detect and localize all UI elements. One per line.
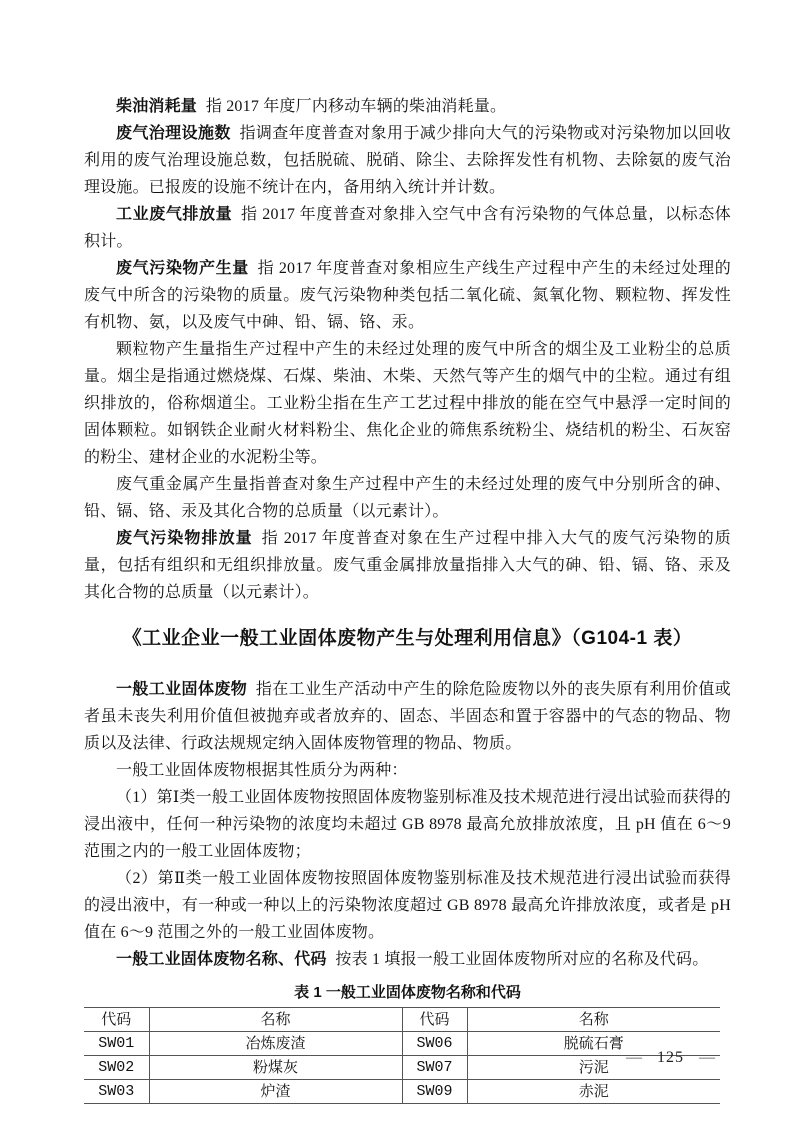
page-content: 柴油消耗量指 2017 年度厂内移动车辆的柴油消耗量。 废气治理设施数指调查年度… (0, 0, 800, 1104)
footer-left-dash: — (626, 1049, 642, 1067)
definition-body: 颗粒物产生量指生产过程中产生的未经过处理的废气中所含的烟尘及工业粉尘的总质量。烟… (84, 341, 731, 466)
definition-paragraph: 一般工业固体废物根据其性质分为两种： (84, 757, 731, 784)
definition-paragraph: 废气污染物产生量指 2017 年度普查对象相应生产线生产过程中产生的未经过处理的… (84, 255, 731, 336)
definition-body: 一般工业固体废物根据其性质分为两种： (116, 762, 408, 779)
definition-paragraph: 废气治理设施数指调查年度普查对象用于减少排向大气的污染物或对污染物加以回收利用的… (84, 120, 731, 201)
definition-paragraph: （1）第Ⅰ类一般工业固体废物按照固体废物鉴别标准及技术规范进行浸出试验而获得的浸… (84, 784, 731, 865)
waste-name-cell: 粉煤灰 (149, 1056, 402, 1080)
waste-code-cell: SW07 (402, 1056, 467, 1080)
waste-code-cell: SW01 (84, 1032, 149, 1056)
definition-body: 按表 1 填报一般工业固体废物所对应的名称及代码。 (335, 951, 708, 968)
definition-term: 废气污染物产生量 (116, 260, 249, 277)
definition-term: 废气治理设施数 (116, 125, 231, 142)
page-footer: — 125 — (626, 1049, 715, 1067)
definition-paragraph: 工业废气排放量指 2017 年度普查对象排入空气中含有污染物的气体总量，以标态体… (84, 201, 731, 255)
table-row: SW02 粉煤灰 SW07 污泥 (84, 1056, 720, 1080)
solid-waste-code-table: 代码 名称 代码 名称 SW01 冶炼废渣 SW06 脱硫石膏 SW02 粉煤灰… (84, 1007, 720, 1104)
definition-body: 指 2017 年度厂内移动车辆的柴油消耗量。 (206, 98, 506, 115)
waste-code-cell: SW09 (402, 1080, 467, 1104)
definition-paragraph: 一般工业固体废物指在工业生产活动中产生的除危险废物以外的丧失原有利用价值或者虽未… (84, 676, 731, 757)
document-page: 柴油消耗量指 2017 年度厂内移动车辆的柴油消耗量。 废气治理设施数指调查年度… (0, 0, 800, 1131)
table-header-name: 名称 (467, 1008, 720, 1032)
definition-paragraph: 一般工业固体废物名称、代码按表 1 填报一般工业固体废物所对应的名称及代码。 (84, 946, 731, 973)
definition-paragraph: 废气重金属产生量指普查对象生产过程中产生的未经过处理的废气中分别所含的砷、铅、镉… (84, 471, 731, 525)
table-title: 表 1 一般工业固体废物名称和代码 (84, 981, 731, 1002)
table-header-row: 代码 名称 代码 名称 (84, 1008, 720, 1032)
definition-body: （1）第Ⅰ类一般工业固体废物按照固体废物鉴别标准及技术规范进行浸出试验而获得的浸… (84, 789, 731, 860)
definition-paragraph: 废气污染物排放量指 2017 年度普查对象在生产过程中排入大气的废气污染物的质量… (84, 525, 731, 606)
definition-body: （2）第Ⅱ类一般工业固体废物按照固体废物鉴别标准及技术规范进行浸出试验而获得的浸… (84, 870, 731, 941)
definition-term: 一般工业固体废物 (116, 681, 247, 698)
waste-name-cell: 炉渣 (149, 1080, 402, 1104)
waste-code-cell: SW02 (84, 1056, 149, 1080)
definition-term: 一般工业固体废物名称、代码 (116, 951, 327, 968)
table-row: SW01 冶炼废渣 SW06 脱硫石膏 (84, 1032, 720, 1056)
definition-paragraph: 颗粒物产生量指生产过程中产生的未经过处理的废气中所含的烟尘及工业粉尘的总质量。烟… (84, 336, 731, 471)
page-number: 125 (657, 1049, 684, 1067)
waste-code-cell: SW06 (402, 1032, 467, 1056)
table-header-code: 代码 (402, 1008, 467, 1032)
waste-name-cell: 赤泥 (467, 1080, 720, 1104)
definition-term: 柴油消耗量 (116, 98, 197, 115)
table-row: SW03 炉渣 SW09 赤泥 (84, 1080, 720, 1104)
table-header-name: 名称 (149, 1008, 402, 1032)
table-header-code: 代码 (84, 1008, 149, 1032)
waste-code-cell: SW03 (84, 1080, 149, 1104)
definition-term: 废气污染物排放量 (116, 530, 253, 547)
definition-paragraph: （2）第Ⅱ类一般工业固体废物按照固体废物鉴别标准及技术规范进行浸出试验而获得的浸… (84, 865, 731, 946)
definition-body: 废气重金属产生量指普查对象生产过程中产生的未经过处理的废气中分别所含的砷、铅、镉… (84, 476, 731, 520)
section-heading: 《工业企业一般工业固体废物产生与处理利用信息》（G104-1 表） (84, 624, 731, 654)
footer-right-dash: — (699, 1049, 715, 1067)
definition-term: 工业废气排放量 (116, 206, 232, 223)
definition-paragraph: 柴油消耗量指 2017 年度厂内移动车辆的柴油消耗量。 (84, 93, 731, 120)
waste-name-cell: 冶炼废渣 (149, 1032, 402, 1056)
